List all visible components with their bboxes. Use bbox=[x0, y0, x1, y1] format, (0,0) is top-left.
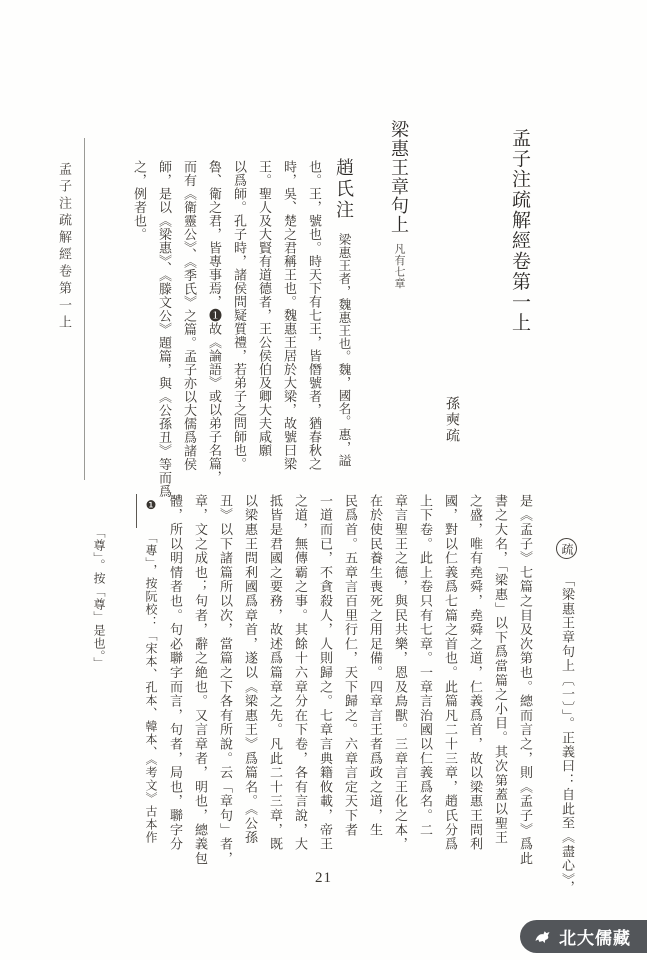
text-column: 之道，無傳霸之事。其餘十六章分在下卷，各有言說，大 bbox=[294, 494, 307, 866]
text-column: 章言聖王之德，與民共樂，恩及鳥獸。三章言王化之本， bbox=[394, 494, 407, 866]
text-column: 魯、衛之君，皆專事焉，❶故《論語》或以弟子名篇， bbox=[208, 112, 221, 492]
text-column: 而有《衛靈公》、《季氏》之篇。孟子亦以大儒爲諸侯 bbox=[183, 112, 196, 492]
shu-intro-column: 疏 「梁惠王章句上〔一〕」。正義曰：自此至《盡心》， bbox=[556, 494, 577, 866]
text-column: 國，對以仁義爲七篇之首也。此篇凡二十三章，趙氏分爲 bbox=[444, 494, 457, 866]
text-column: 丑》以下諸篇所以次，當篇之下各有所說。云「章句」者， bbox=[219, 494, 232, 866]
footnote-column: 「尊」。按「尊」是也。」 bbox=[93, 494, 105, 866]
footnote-text: 「專」，按阮校：「宋本、孔本、韓本、《考文》古本作 bbox=[144, 531, 158, 844]
text-column: 以爲師。孔子時，諸侯問疑質禮，若弟子之問師也。 bbox=[233, 112, 246, 492]
page-number: 21 bbox=[0, 870, 647, 887]
author-attribution: 孫奭疏 bbox=[444, 112, 458, 492]
text-column: 體，所以明情者也。句必聯字而言，句者，局也，聯字分 bbox=[169, 494, 182, 866]
watermark-badge: 北大儒藏 bbox=[520, 920, 647, 953]
scanned-book-page: 孟子注疏解經卷第一上 孟子注疏解經卷第一上 孫奭疏 梁惠王章句上 凡有七章 趙氏… bbox=[0, 0, 647, 960]
text-column: 王。聖人及大賢有道德者，王公侯伯及卿大夫咸願 bbox=[258, 112, 271, 492]
volume-title: 孟子注疏解經卷第一上 bbox=[510, 112, 529, 492]
chapter-heading-column: 梁惠王章句上 凡有七章 bbox=[390, 112, 408, 492]
shu-intro-text: 「梁惠王章句上〔一〕」。正義曰：自此至《盡心》， bbox=[560, 573, 575, 894]
shu-section-marker: 疏 bbox=[556, 538, 577, 559]
commentary-intro-text: 梁惠王者，魏惠王也。魏，國名。惠，謚 bbox=[337, 233, 351, 467]
bottom-text-block: 疏 「梁惠王章句上〔一〕」。正義曰：自此至《盡心》， 是《孟子》七篇之目及次第也… bbox=[85, 494, 577, 866]
text-column: 一道而已，不貪殺人，人則歸之。七章言典籍攸載，帝王 bbox=[319, 494, 332, 866]
text-column: 以梁惠王問利國爲章首，遂以《梁惠王》爲篇名。《公孫 bbox=[244, 494, 257, 866]
text-column: 之盛，唯有堯舜，堯舜之道，仁義爲首，故以梁惠王問利 bbox=[469, 494, 482, 866]
text-column: 抵皆是君國之要務，故述爲篇章之先。凡此二十三章，既 bbox=[269, 494, 282, 866]
footnote-divider bbox=[136, 494, 137, 528]
footnote-marker: ❶ bbox=[145, 498, 157, 513]
text-column: 之，例者也。 bbox=[133, 112, 146, 492]
text-column: 書之大名，「梁惠」以下爲當篇之小目。其次第蓋以聖王 bbox=[494, 494, 507, 866]
text-column: 時，吳、楚之君稱王也。魏惠王居於大梁，故號曰梁 bbox=[283, 112, 296, 492]
watermark-label: 北大儒藏 bbox=[559, 924, 631, 949]
text-column: 上下卷。此上卷只有七章。一章言治國以仁義爲名。二 bbox=[419, 494, 432, 866]
text-column: 師，是以《梁惠》、《滕文公》題篇，與《公孫丑》等而爲 bbox=[158, 112, 171, 492]
text-column: 是《孟子》七篇之目及次第也。總而言之，則《孟子》爲此 bbox=[519, 494, 532, 866]
deer-logo-icon bbox=[532, 926, 553, 947]
commentator-label: 趙氏注 bbox=[334, 158, 354, 221]
text-column: 也。王，號也。時天下有七王，皆僭號者，猶春秋之 bbox=[308, 112, 321, 492]
text-column: 民爲首。五章言百里行仁，天下歸之。六章言定天下者 bbox=[344, 494, 357, 866]
text-column: 章，文之成也；句者，辭之絶也。又言章者，明也，總義包 bbox=[194, 494, 207, 866]
running-title: 孟子注疏解經卷第一上 bbox=[58, 162, 71, 382]
top-text-block: 孟子注疏解經卷第一上 孫奭疏 梁惠王章句上 凡有七章 趙氏注 梁惠王者，魏惠王也… bbox=[121, 112, 529, 492]
footnote-column: ❶ 「專」，按阮校：「宋本、孔本、韓本、《考文》古本作 bbox=[145, 494, 157, 866]
zhao-commentary-column: 趙氏注 梁惠王者，魏惠王也。魏，國名。惠，謚 bbox=[335, 112, 353, 492]
chapter-count-note: 凡有七章 bbox=[393, 243, 405, 289]
margin-rule bbox=[84, 138, 85, 480]
chapter-title: 梁惠王章句上 bbox=[389, 120, 409, 234]
text-column: 在於使民養生喪死之用足備。四章言王者爲政之道，生 bbox=[369, 494, 382, 866]
